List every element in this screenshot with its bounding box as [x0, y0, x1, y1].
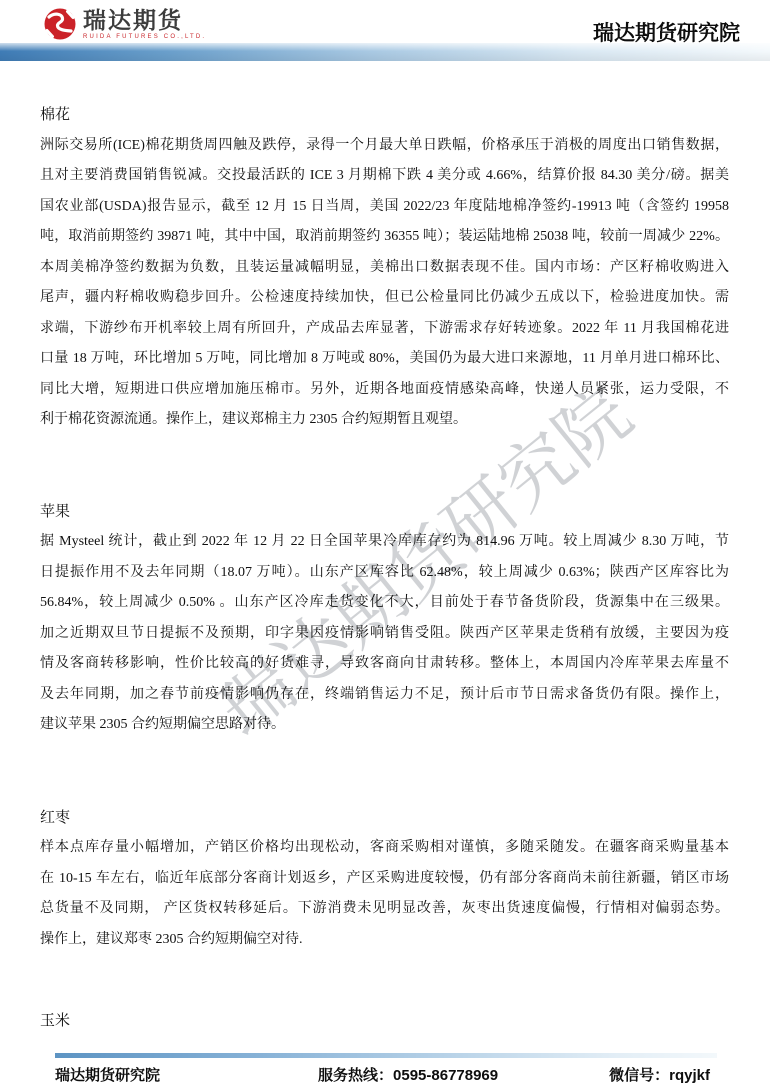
text-line: 洲际交易所(ICE)棉花期货周四触及跌停，录得一个月最大单日跌幅，价格承压于消极…	[40, 131, 729, 162]
text-line: 同比大增，短期进口供应增加施压棉市。另外，近期各地面疫情感染高峰，快递人员紧张，…	[40, 375, 729, 406]
section-paragraph: 据 Mysteel 统计，截止到 2022 年 12 月 22 日全国苹果冷库库…	[40, 527, 729, 741]
section: 棉花 洲际交易所(ICE)棉花期货周四触及跌停，录得一个月最大单日跌幅，价格承压…	[40, 100, 729, 436]
section-title: 红枣	[40, 803, 729, 834]
footer-institute: 瑞达期货研究院	[55, 1064, 160, 1085]
footer-wechat-id: rqyjkf	[669, 1067, 710, 1084]
section-paragraph: 洲际交易所(ICE)棉花期货周四触及跌停，录得一个月最大单日跌幅，价格承压于消极…	[40, 131, 729, 436]
logo-brand-text: 瑞达期货	[83, 8, 206, 32]
ruida-logo-icon	[42, 6, 78, 42]
page-header: 瑞达期货 RUIDA FUTURES CO.,LTD. 瑞达期货研究院	[0, 0, 770, 43]
text-line: 利于棉花资源流通。操作上，建议郑棉主力 2305 合约短期暂且观望。	[40, 405, 729, 436]
text-line: 尾声，疆内籽棉收购稳步回升。公检速度持续加快，但已公检量同比仍减少五成以下，检验…	[40, 283, 729, 314]
text-line: 建议苹果 2305 合约短期偏空思路对待。	[40, 710, 729, 741]
logo-text-block: 瑞达期货 RUIDA FUTURES CO.,LTD.	[83, 6, 206, 40]
text-line: 加之近期双旦节日提振不及预期，印字果因疫情影响销售受阻。陕西产区苹果走货稍有放缓…	[40, 619, 729, 650]
sections: 棉花 洲际交易所(ICE)棉花期货周四触及跌停，录得一个月最大单日跌幅，价格承压…	[0, 61, 770, 1037]
text-line: 求端，下游纱布开机率较上周有所回升，产成品去库显著，下游需求存好转迹象。2022…	[40, 314, 729, 345]
text-line: 据 Mysteel 统计，截止到 2022 年 12 月 22 日全国苹果冷库库…	[40, 527, 729, 558]
section: 苹果 据 Mysteel 统计，截止到 2022 年 12 月 22 日全国苹果…	[40, 497, 729, 741]
logo-subtitle-text: RUIDA FUTURES CO.,LTD.	[83, 34, 206, 40]
footer-wechat-label: 微信号：	[609, 1067, 669, 1084]
text-line: 日提振作用不及去年同期（18.07 万吨）。山东产区库容比 62.48%，较上周…	[40, 558, 729, 589]
footer-hotline-number: 0595-86778969	[393, 1067, 498, 1084]
section: 玉米	[40, 1006, 729, 1037]
text-line: 及去年同期，加之春节前疫情影响仍存在，终端销售运力不足，预计后市节日需求备货仍有…	[40, 680, 729, 711]
footer-gradient-bar	[55, 1053, 717, 1058]
section: 红枣 样本点库存量小幅增加，产销区价格均出现松动，客商采购相对谨慎，多随采随发。…	[40, 803, 729, 956]
text-line: 口量 18 万吨，环比增加 5 万吨，同比增加 8 万吨或 80%，美国仍为最大…	[40, 344, 729, 375]
footer-hotline: 服务热线：0595-86778969	[318, 1064, 498, 1085]
section-title: 苹果	[40, 497, 729, 528]
footer-wechat: 微信号：rqyjkf	[609, 1064, 710, 1085]
section-title: 玉米	[40, 1006, 729, 1037]
text-line: 操作上，建议郑枣 2305 合约短期偏空对待.	[40, 925, 729, 956]
footer-hotline-label: 服务热线：	[318, 1067, 393, 1084]
section-title: 棉花	[40, 100, 729, 131]
text-line: 总货量不及同期， 产区货权转移延后。下游消费未见明显改善，灰枣出货速度偏慢，行情…	[40, 894, 729, 925]
report-page: 瑞达期货 RUIDA FUTURES CO.,LTD. 瑞达期货研究院 瑞达期货…	[0, 0, 770, 1090]
text-line: 吨，取消前期签约 39871 吨，其中中国，取消前期签约 36355 吨）；装运…	[40, 222, 729, 253]
research-institute-title: 瑞达期货研究院	[593, 17, 740, 47]
text-line: 在 10-15 车左右，临近年底部分客商计划返乡，产区采购进度较慢，仍有部分客商…	[40, 864, 729, 895]
text-line: 56.84%，较上周减少 0.50% 。山东产区冷库走货变化不大，目前处于春节备…	[40, 588, 729, 619]
text-line: 本周美棉净签约数据为负数，且装运量减幅明显，美棉出口数据表现不佳。国内市场：产区…	[40, 253, 729, 284]
text-line: 且对主要消费国销售锐减。交投最活跃的 ICE 3 月期棉下跌 4 美分或 4.6…	[40, 161, 729, 192]
section-paragraph: 样本点库存量小幅增加，产销区价格均出现松动，客商采购相对谨慎，多随采随发。在疆客…	[40, 833, 729, 955]
footer-row: 瑞达期货研究院 服务热线：0595-86778969 微信号：rqyjkf	[0, 1062, 770, 1088]
company-logo: 瑞达期货 RUIDA FUTURES CO.,LTD.	[42, 6, 206, 42]
text-line: 国农业部(USDA)报告显示，截至 12 月 15 日当周，美国 2022/23…	[40, 192, 729, 223]
text-line: 样本点库存量小幅增加，产销区价格均出现松动，客商采购相对谨慎，多随采随发。在疆客…	[40, 833, 729, 864]
text-line: 情及客商转移影响，性价比较高的好货难寻，导致客商向甘肃转移。整体上，本周国内冷库…	[40, 649, 729, 680]
page-footer: 瑞达期货研究院 服务热线：0595-86778969 微信号：rqyjkf	[0, 1053, 770, 1088]
